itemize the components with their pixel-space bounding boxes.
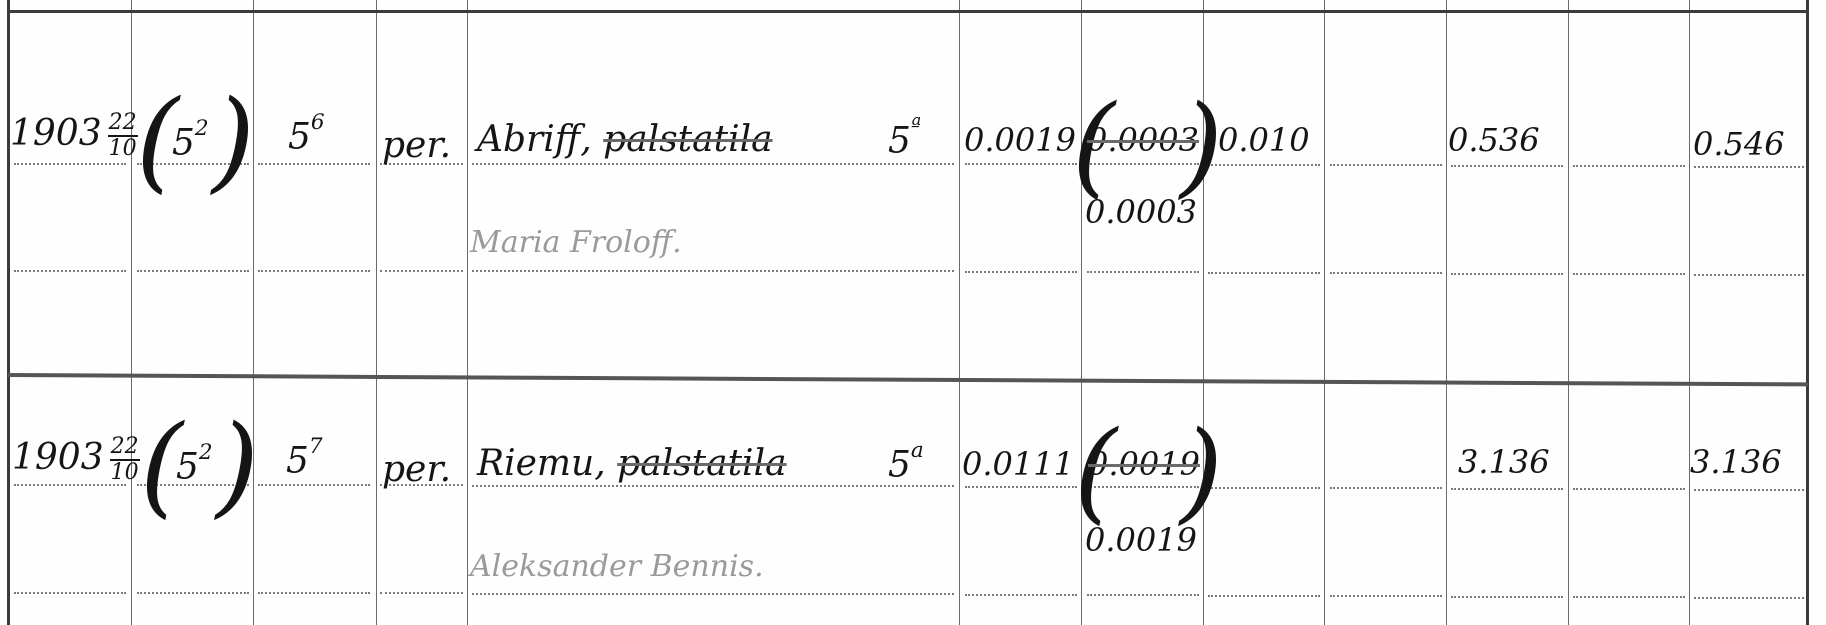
number-base: 5 — [288, 116, 311, 157]
value-2-corrected: 0.0003 — [1085, 196, 1197, 228]
reference-exp: 2 — [195, 116, 209, 141]
dotted-line — [1330, 272, 1442, 274]
entry-class: 5ª — [888, 116, 921, 159]
dotted-line — [1451, 165, 1563, 167]
dotted-line — [1573, 165, 1685, 167]
class-sup: ª — [911, 114, 921, 139]
date-day: 22 — [110, 436, 140, 461]
dotted-line — [380, 270, 463, 272]
date-fraction: 2210 — [108, 112, 138, 160]
date-year: 1903 — [12, 437, 104, 478]
dotted-line — [1694, 166, 1804, 168]
dotted-line — [14, 270, 126, 272]
column-rule — [1324, 0, 1325, 625]
dotted-line — [1087, 594, 1199, 596]
dotted-line — [1694, 274, 1804, 276]
dotted-line — [1208, 164, 1320, 166]
close-paren: ) — [1180, 416, 1223, 526]
dotted-line — [1694, 489, 1804, 491]
value-5: 0.536 — [1448, 124, 1540, 156]
entry-kind: per. — [382, 128, 451, 164]
column-rule — [376, 0, 377, 625]
dotted-line — [14, 592, 126, 594]
dotted-line — [965, 594, 1077, 596]
column-rule — [1446, 0, 1447, 625]
number-exp: 6 — [311, 110, 325, 135]
dotted-line — [472, 593, 954, 595]
dotted-line — [1451, 488, 1563, 490]
dotted-line — [1330, 164, 1442, 166]
dotted-line — [258, 163, 370, 165]
dotted-line — [137, 270, 249, 272]
dotted-line — [1573, 273, 1685, 275]
column-rule — [1689, 0, 1690, 625]
value-2-corrected: 0.0019 — [1085, 524, 1197, 556]
number-exp: 7 — [309, 434, 323, 459]
dotted-line — [472, 163, 954, 165]
close-paren: ) — [212, 85, 255, 195]
entry-class: 5a — [888, 440, 924, 483]
pencil-name: Maria Froloff. — [470, 228, 682, 258]
class-base: 5 — [888, 120, 911, 161]
dotted-line — [1087, 271, 1199, 273]
name-struck: palstatila — [617, 443, 786, 484]
ledger-page: 19032210 ( 52 ) 56 per. Abriff, palstati… — [0, 0, 1826, 625]
dotted-line — [1330, 487, 1442, 489]
entry-number: 56 — [288, 112, 325, 155]
date-fraction: 2210 — [110, 436, 140, 484]
column-rule — [959, 0, 960, 625]
dotted-line — [965, 486, 1077, 488]
class-base: 5 — [888, 444, 911, 485]
reference-base: 5 — [176, 446, 199, 487]
dotted-line — [965, 163, 1077, 165]
dotted-line — [472, 485, 954, 487]
date-month: 10 — [110, 461, 140, 484]
dotted-line — [137, 592, 249, 594]
dotted-line — [1451, 596, 1563, 598]
reference-exp: 2 — [199, 440, 213, 465]
dotted-line — [258, 484, 370, 486]
dotted-line — [14, 163, 126, 165]
date-year: 1903 — [10, 113, 102, 154]
name-main: Riemu, — [477, 443, 606, 484]
date-day: 22 — [108, 112, 138, 137]
dotted-line — [1330, 595, 1442, 597]
column-rule — [467, 0, 468, 625]
date-month: 10 — [108, 137, 138, 160]
dotted-line — [1451, 273, 1563, 275]
top-rule — [8, 10, 1808, 13]
dotted-line — [1208, 595, 1320, 597]
dotted-line — [965, 271, 1077, 273]
reference: 52 — [176, 442, 213, 485]
name-main: Abriff, — [477, 119, 592, 160]
entry-date: 19032210 — [10, 112, 138, 160]
dotted-line — [258, 592, 370, 594]
dotted-line — [1573, 488, 1685, 490]
number-base: 5 — [286, 440, 309, 481]
entry-name: Abriff, palstatila — [477, 122, 773, 158]
dotted-line — [1208, 272, 1320, 274]
row-divider — [8, 373, 1808, 386]
class-sup: a — [911, 438, 924, 463]
value-1: 0.0111 — [962, 448, 1074, 480]
dotted-line — [1573, 596, 1685, 598]
value-3: 0.010 — [1218, 124, 1310, 156]
entry-name: Riemu, palstatila — [477, 446, 787, 482]
dotted-line — [1208, 487, 1320, 489]
entry-date: 19032210 — [12, 436, 140, 484]
reference-base: 5 — [172, 122, 195, 163]
dotted-line — [14, 484, 126, 486]
row-total: 3.136 — [1690, 446, 1782, 478]
dotted-line — [472, 270, 954, 272]
dotted-line — [1694, 597, 1804, 599]
entry-number: 57 — [286, 436, 323, 479]
name-struck: palstatila — [603, 119, 772, 160]
value-5: 3.136 — [1458, 446, 1550, 478]
column-rule — [131, 0, 132, 625]
close-paren: ) — [1180, 90, 1223, 200]
entry-kind: per. — [382, 452, 451, 488]
left-border — [7, 0, 10, 625]
pencil-name: Aleksander Bennis. — [470, 552, 764, 582]
value-1: 0.0019 — [964, 124, 1076, 156]
dotted-line — [380, 592, 463, 594]
column-rule — [1568, 0, 1569, 625]
dotted-line — [258, 270, 370, 272]
row-total: 0.546 — [1693, 128, 1785, 160]
reference: 52 — [172, 118, 209, 161]
close-paren: ) — [216, 410, 259, 520]
right-border — [1806, 0, 1809, 625]
